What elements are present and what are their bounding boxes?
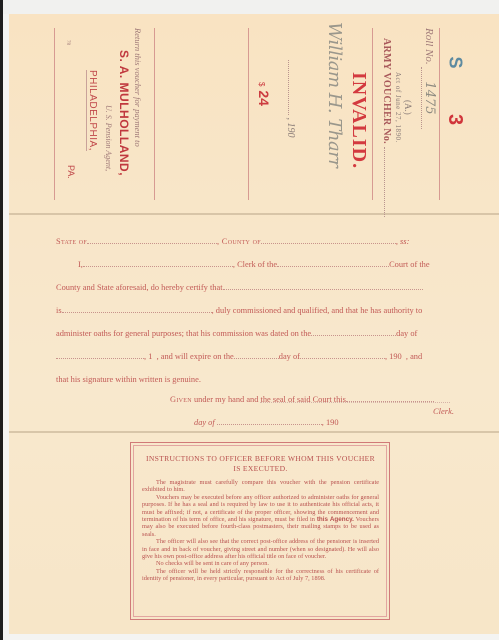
voucher-number-field <box>384 147 385 217</box>
clerk-signature-label: Clerk. <box>433 406 454 416</box>
instruction-paragraph: No checks will be sent in care of any pe… <box>142 560 379 567</box>
divider <box>154 28 155 200</box>
court-of-label: Court of the <box>389 260 429 269</box>
divider <box>372 28 373 200</box>
instructions-box: INSTRUCTIONS TO OFFICER BEFORE WHOM THIS… <box>130 442 390 620</box>
i-label: I, <box>56 260 83 269</box>
certify-text: County and State aforesaid, do hereby ce… <box>56 283 223 292</box>
instruction-paragraph: Vouchers may be executed before any offi… <box>142 494 379 538</box>
cert-line-is: is, duly commissioned and qualified, and… <box>56 299 466 322</box>
agent-title: U. S. Pension Agent, <box>104 105 113 171</box>
day-of-label: day of <box>194 418 215 427</box>
expire-text: , and will expire on the <box>157 352 234 361</box>
agent-name: S. A. MULHOLLAND, <box>117 50 131 176</box>
pensioner-name-handwritten: William H. Tharr <box>324 22 345 167</box>
and-label: , and <box>406 352 422 361</box>
cert-line-clerk: I,, Clerk of theCourt of the <box>56 253 466 276</box>
agent-city: PHILADELPHIA, <box>86 70 98 151</box>
agency-emphasis: this Agency. <box>317 516 354 523</box>
given-month-field <box>217 415 322 425</box>
divider <box>248 28 249 200</box>
state-field <box>87 234 217 244</box>
amount: $ 24 <box>256 82 272 106</box>
given-year: , 190 <box>322 418 339 427</box>
scan-margin <box>3 0 499 14</box>
given-day-field <box>346 392 434 402</box>
expire-day-of: day of <box>279 352 300 361</box>
clerk-certificate: State of, County of, ss: I,, Clerk of th… <box>56 230 466 434</box>
court-field <box>277 257 389 267</box>
printer-mark: 78 <box>65 40 70 45</box>
instruction-paragraph: The officer will be held strictly respon… <box>142 568 379 583</box>
cert-line-expire: , 1 , and will expire on theday of, 190 … <box>56 345 466 368</box>
clerk-of-label: , Clerk of the <box>233 260 277 269</box>
expire-day-field <box>234 349 279 359</box>
agent-state: PA. <box>66 165 76 179</box>
given-label: Given <box>170 395 192 404</box>
date-field: , 190 <box>285 60 296 138</box>
day-of-label: day of <box>396 329 417 338</box>
voucher-label: ARMY VOUCHER No. <box>381 38 392 144</box>
instructions-title-line1: INSTRUCTIONS TO OFFICER BEFORE WHOM THIS… <box>146 454 375 463</box>
clerk-name-field <box>83 257 233 267</box>
date-suffix: , 190 <box>285 118 296 138</box>
stamp-number: 3 <box>443 114 466 125</box>
divider <box>439 28 440 200</box>
dollar-sign: $ <box>257 82 266 86</box>
clerk-signature-line <box>260 402 450 403</box>
genuine-text: that his signature within written is gen… <box>56 375 201 384</box>
cert-line-certify: County and State aforesaid, do hereby ce… <box>56 276 466 299</box>
stamp-s: S <box>445 56 466 68</box>
pension-class: INVALID. <box>347 72 370 169</box>
return-instruction: Return this voucher for payment to <box>133 28 143 147</box>
expire-year: , 190 <box>385 352 402 361</box>
roll-value: 1475 <box>421 67 437 128</box>
instruction-paragraph: The magistrate must carefully compare th… <box>142 479 379 494</box>
scan-edge <box>0 0 3 640</box>
commission-day-field <box>311 326 396 336</box>
commission-month-field <box>56 349 144 359</box>
voucher-number: ARMY VOUCHER No. <box>381 38 392 217</box>
cert-line-state: State of, County of, ss: <box>56 230 466 253</box>
amount-value: 24 <box>256 90 272 106</box>
fold-line <box>9 213 499 215</box>
certify-field <box>223 280 423 290</box>
act-code: (A.) <box>403 100 413 115</box>
date-line <box>288 60 289 115</box>
county-label: , County of <box>217 237 261 246</box>
instructions-title: INSTRUCTIONS TO OFFICER BEFORE WHOM THIS… <box>142 454 379 474</box>
commission-text: , duly commissioned and qualified, and t… <box>212 306 423 315</box>
roll-number: Roll No. 1475 <box>422 28 437 129</box>
instruction-paragraph: The officer will also see that the corre… <box>142 538 379 560</box>
instructions-title-line2: IS EXECUTED. <box>233 464 287 473</box>
divider <box>54 28 55 200</box>
cert-line-date: day of , 190 <box>56 411 466 434</box>
roll-label: Roll No. <box>423 28 435 65</box>
expire-month-field <box>300 349 385 359</box>
ss-label: , ss: <box>396 237 410 246</box>
cert-line-given: Given under my hand and the seal of said… <box>56 388 466 411</box>
administer-text: administer oaths for general purposes; t… <box>56 329 311 338</box>
county-field <box>261 234 396 244</box>
act-text: Act of June 27, 1890. <box>394 72 402 143</box>
cert-line-administer: administer oaths for general purposes; t… <box>56 322 466 345</box>
year-label: , 1 <box>144 352 152 361</box>
office-field <box>62 303 212 313</box>
cert-line-genuine: that his signature within written is gen… <box>56 368 466 388</box>
state-label: State of <box>56 237 87 246</box>
